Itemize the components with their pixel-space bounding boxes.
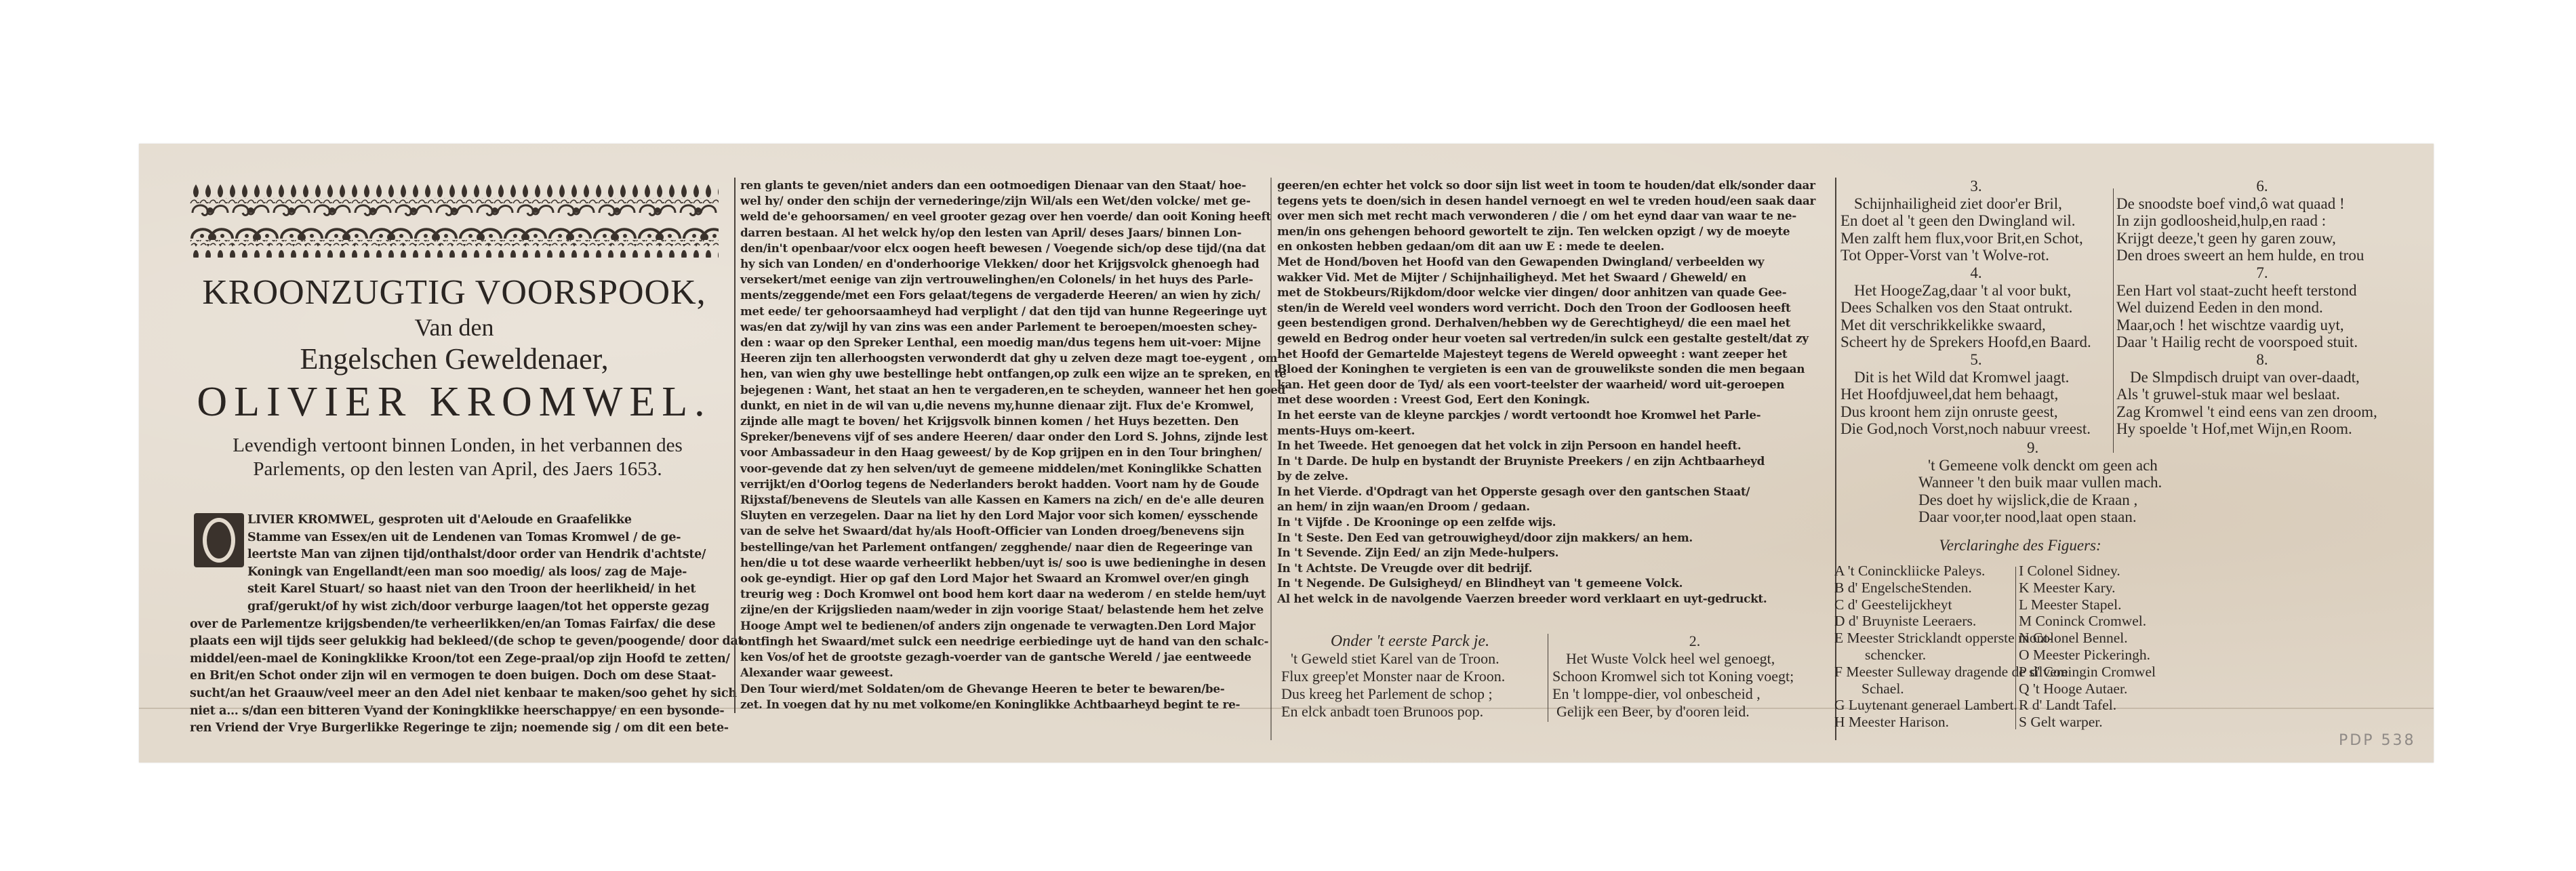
- verse-line: Met dit verschrikkelikke swaard,: [1840, 317, 2112, 334]
- column-1-body: LIVIER KROMWEL, gesproten uit d'Aeloude …: [190, 512, 732, 737]
- text-line: In 't Darde. De hulp en bystandt der Bru…: [1277, 453, 1833, 469]
- text-line: Koningk van Engellandt/een man soo moedi…: [190, 564, 732, 582]
- text-line: niet a... s/dan een bitteren Vyand der K…: [190, 703, 732, 721]
- legend-item: S Gelt warper.: [2019, 714, 2195, 731]
- text-line: darren bestaan. Al het welck hy/op den l…: [740, 225, 1269, 241]
- legend-item: N Colonel Bennel.: [2019, 630, 2195, 647]
- text-line: Sluyten en verzegelen. Daar na liet hy d…: [740, 508, 1269, 523]
- text-line: met eede/ ter gehoorsaamheyd had verplig…: [740, 304, 1269, 319]
- text-line: van de selve het Swaard/dat hy/als Hooft…: [740, 523, 1269, 539]
- text-line: zet. In voegen dat hy nu met volkome/en …: [740, 697, 1269, 712]
- text-line: Hooge Ampt wel te bedienen/of anders zij…: [740, 618, 1269, 634]
- text-line: Rijxstaf/benevens de Sleutels van alle K…: [740, 492, 1269, 508]
- text-line: Spreker/benevens vijf of ses andere Heer…: [740, 429, 1269, 445]
- text-line: wakker Vid. Met de Mijter / Schijnhailig…: [1277, 270, 1833, 285]
- legend-item: K Meester Kary.: [2019, 580, 2195, 596]
- verse-line: En elck anbadt toen Brunoos pop.: [1281, 703, 1539, 721]
- verse-line: Daar 't Hailig recht de voorspoed stuit.: [2116, 333, 2408, 351]
- verse-line: En doet al 't geen den Dwingland wil.: [1840, 212, 2112, 230]
- verse-number: 8.: [2116, 351, 2408, 369]
- text-line: versekert/met eenige van zijn vertrouwel…: [740, 272, 1269, 287]
- ornamental-border-icon: [190, 183, 719, 258]
- document-title: KROONZUGTIG VOORSPOOK,: [190, 272, 719, 313]
- text-line: ren Vriend der Vrye Burgerlikke Regering…: [190, 720, 732, 737]
- verse-line: Wel duizend Eeden in den mond.: [2116, 299, 2408, 317]
- legend-item: I Colonel Sidney.: [2019, 563, 2195, 580]
- verse-number: 2.: [1552, 632, 1837, 650]
- text-line: en onkosten hebben gedaan/om dit aan uw …: [1277, 239, 1833, 254]
- text-line: Al het welck in de navolgende Vaerzen br…: [1277, 591, 1833, 607]
- text-line: graf/gerukt/of hy wist zich/door verburg…: [190, 599, 732, 616]
- text-line: by de zelve.: [1277, 468, 1833, 484]
- verses-3-5: 3. Schijnhailigheid ziet door'er Bril, E…: [1840, 178, 2112, 438]
- text-line: bestellinge/van het Parlement ontfangen/…: [740, 540, 1269, 555]
- verse-line: Het HoogeZag,daar 't al voor bukt,: [1840, 282, 2112, 300]
- catalog-stamp: PDP 538: [2339, 732, 2415, 749]
- text-line: ments/zeggende/met een Fors gelaat/tegen…: [740, 287, 1269, 303]
- text-line: sucht/an het Graauw/veel meer an den Ade…: [190, 685, 732, 703]
- text-line: In 't Achtste. De Vreugde over dit bedri…: [1277, 561, 1833, 576]
- verse-line: De Slmpdisch druipt van over-daadt,: [2116, 369, 2408, 386]
- text-line: middel/een-mael de Koningklikke Kroon/to…: [190, 651, 732, 668]
- text-line: an hem/ in zijn waan/en Droom / gedaan.: [1277, 499, 1833, 514]
- verse-1: Onder 't eerste Parck je. 't Geweld stie…: [1281, 632, 1539, 721]
- text-line: zijne/en der Krijgslieden naam/weder in …: [740, 602, 1269, 617]
- verse-line: Krijgt deeze,'t geen hy garen zouw,: [2116, 230, 2408, 247]
- verse-number: 9.: [1918, 439, 2244, 457]
- verse-line: En 't lomppe-dier, vol onbescheid ,: [1552, 685, 1837, 703]
- text-line: LIVIER KROMWEL, gesproten uit d'Aeloude …: [190, 512, 732, 529]
- verse-line: Het Wuste Volck heel wel genoegt,: [1552, 650, 1837, 668]
- subtitle-line-1: Levendigh vertoont binnen Londen, in het…: [193, 434, 722, 458]
- verse-line: Als 't gruwel-stuk maar wel beslaat.: [2116, 386, 2408, 403]
- text-line: In 't Seste. Den Eed van getrouwigheyd/d…: [1277, 530, 1833, 546]
- title-van-den: Van den: [190, 314, 719, 341]
- verse-9: 9. 't Gemeene volk denckt om geen ach Wa…: [1918, 439, 2244, 526]
- text-line: was/en dat zy/wijl hy van zins was een a…: [740, 319, 1269, 335]
- text-line: kan. Het geen door de Tyd/ als een voort…: [1277, 377, 1833, 392]
- column-2-body: ren glants te geven/niet anders dan een …: [740, 178, 1269, 712]
- verse-line: Het Hoofdjuweel,dat hem behaagt,: [1840, 386, 2112, 403]
- text-line: dunkt, en niet in de wil van u,die neven…: [740, 398, 1269, 413]
- legend-item: M Coninck Cromwel.: [2019, 613, 2195, 630]
- text-line: bejegenen : Want, het staat an hen te ve…: [740, 382, 1269, 398]
- title-name: OLIVIER KROMWEL.: [190, 378, 719, 426]
- text-line: treurig weg : Doch Kromwel ont bood hem …: [740, 586, 1269, 602]
- text-line: Bloed der Koninghen te vergieten is een …: [1277, 361, 1833, 377]
- verse-line: Maar,och ! het wischtze vaardig uyt,: [2116, 317, 2408, 334]
- text-line: tegens yets te doen/sich in desen handel…: [1277, 193, 1833, 209]
- verse-line: Tot Opper-Vorst van 't Wolve-rot.: [1840, 247, 2112, 264]
- text-line: leertste Man van zijnen tijd/onthalst/do…: [190, 546, 732, 564]
- text-line: ontfingh het Swaard/met sulck een needri…: [740, 634, 1269, 649]
- subtitle-line-2: Parlements, op den lesten van April, des…: [193, 458, 722, 481]
- text-line: en Brit/en Schot onder zijn wil en vermo…: [190, 668, 732, 685]
- text-line: den/in't openbaar/voor elcx oogen heeft …: [740, 241, 1269, 256]
- text-line: met dese woorden : Vreest God, Eert den …: [1277, 392, 1833, 407]
- verse-number: 7.: [2116, 264, 2408, 282]
- verse-line: Men zalft hem flux,voor Brit,en Schot,: [1840, 230, 2112, 247]
- verse-number: 3.: [1840, 178, 2112, 195]
- text-line: steit Karel Stuart/ so haast niet van de…: [190, 581, 732, 599]
- verse-line: Dees Schalken vos den Staat ontrukt.: [1840, 299, 2112, 317]
- verse-line: Een Hart vol staat-zucht heeft terstond: [2116, 282, 2408, 300]
- verse-line: Dit is het Wild dat Kromwel jaagt.: [1840, 369, 2112, 386]
- text-line: ments-Huys om-keert.: [1277, 423, 1833, 439]
- legend-right: I Colonel Sidney. K Meester Kary. L Mees…: [2019, 563, 2195, 731]
- verse-2: 2. Het Wuste Volck heel wel genoegt, Sch…: [1552, 632, 1837, 721]
- text-line: In het Tweede. Het genoegen dat het volc…: [1277, 438, 1833, 453]
- verse-number: 4.: [1840, 264, 2112, 282]
- text-line: voor Ambassadeur in den Haag geweest/ by…: [740, 445, 1269, 460]
- legend-item: R d' Landt Tafel.: [2019, 697, 2195, 714]
- verse-rule: [1548, 634, 1548, 722]
- text-line: den : waar op den Spreker Lenthal, een m…: [740, 335, 1269, 350]
- title-engelschen: Engelschen Geweldenaer,: [190, 342, 719, 376]
- verse-line: Des doet hy wijslick,die de Kraan ,: [1918, 491, 2244, 509]
- text-line: men/in ons gehengen behoord gewortelt te…: [1277, 224, 1833, 239]
- verse-line: Gelijk een Beer, by d'ooren leid.: [1552, 703, 1837, 721]
- text-line: over men sich met recht mach verwonderen…: [1277, 208, 1833, 224]
- text-line: Met de Hond/boven het Hoofd van den Gewa…: [1277, 254, 1833, 270]
- text-line: hen, van wien ghy uwe bestellinge hebt o…: [740, 366, 1269, 382]
- text-line: In 't Vijfde . De Krooninge op een zelfd…: [1277, 514, 1833, 530]
- text-line: hy sich van Londen/ en d'onderhoorige Vl…: [740, 256, 1269, 272]
- legend-item: O Meester Pickeringh.: [2019, 647, 2195, 664]
- text-line: weld de'e gehoorsamen/ en veel grooter g…: [740, 209, 1269, 224]
- verse-number: 6.: [2116, 178, 2408, 195]
- verse-rule: [2113, 188, 2114, 453]
- text-line: geweld en Bedrog onder heur voeten sal v…: [1277, 331, 1833, 346]
- verses-6-8: 6. De snoodste boef vind,ô wat quaad ! I…: [2116, 178, 2408, 438]
- verse-line: Wanneer 't den buik maar vullen mach.: [1918, 474, 2244, 491]
- text-line: plaats een wijl tijds seer gelukkig had …: [190, 633, 732, 651]
- text-line: voor-gevende dat zy hen selven/uyt de ge…: [740, 461, 1269, 477]
- verse-line: Hy spoelde 't Hof,met Wijn,en Room.: [2116, 420, 2408, 438]
- verse-line: Dus kroont hem zijn onruste geest,: [1840, 403, 2112, 421]
- verse-line: Daar voor,ter nood,laat open staan.: [1918, 508, 2244, 526]
- legend-heading: Verclaringhe des Figuers:: [1840, 535, 2200, 556]
- text-line: ook ge-eyndigt. Hier op gaf den Lord Maj…: [740, 571, 1269, 586]
- verse-line: 't Geweld stiet Karel van de Troon.: [1281, 650, 1539, 668]
- verse-line: Schijnhailigheid ziet door'er Bril,: [1840, 195, 2112, 213]
- text-line: ren glants te geven/niet anders dan een …: [740, 178, 1269, 193]
- verse-line: Scheert hy de Sprekers Hoofd,en Baard.: [1840, 333, 2112, 351]
- verse-line: In zijn godloosheid,hulp,en raad :: [2116, 212, 2408, 230]
- verse-line: Den droes sweert an hem hulde, en trou: [2116, 247, 2408, 264]
- text-line: Stamme van Essex/en uit de Lendenen van …: [190, 529, 732, 547]
- verse-heading: Onder 't eerste Parck je.: [1281, 632, 1539, 650]
- text-line: geeren/en echter het volck so door sijn …: [1277, 178, 1833, 193]
- verse-line: De snoodste boef vind,ô wat quaad !: [2116, 195, 2408, 213]
- legend-item: Q 't Hooge Autaer.: [2019, 681, 2195, 697]
- verse-line: Die God,noch Vorst,noch nabuur vreest.: [1840, 420, 2112, 438]
- text-line: wel hy/ onder den schijn der vernedering…: [740, 193, 1269, 209]
- verse-number: 5.: [1840, 351, 2112, 369]
- text-line: over de Parlementze krijgsbenden/te verh…: [190, 616, 732, 634]
- column-3-body: geeren/en echter het volck so door sijn …: [1277, 178, 1833, 607]
- legend-item: L Meester Stapel.: [2019, 596, 2195, 613]
- verse-line: Schoon Kromwel sich tot Koning voegt;: [1552, 668, 1837, 685]
- text-line: verrijkt/en d'Oorlog tegens de Nederland…: [740, 477, 1269, 492]
- text-line: Alexander waar geweest.: [740, 665, 1269, 681]
- text-line: ken Vos/of het de grootste gezagh-voerde…: [740, 649, 1269, 665]
- legend-item: P d' Coningin Cromwel: [2019, 664, 2195, 681]
- title-subtitle: Levendigh vertoont binnen Londen, in het…: [193, 434, 722, 481]
- text-line: geen bestendigen grond. Derhalven/hebben…: [1277, 315, 1833, 331]
- verse-line: Flux greep'et Monster naar de Kroon.: [1281, 668, 1539, 685]
- verse-line: 't Gemeene volk denckt om geen ach: [1918, 457, 2244, 474]
- text-line: sten/in de Wereld veel wonders word verr…: [1277, 300, 1833, 316]
- text-line: zijnde alle magt te boven/ het Krijgsvol…: [740, 413, 1269, 429]
- text-line: In 't Negende. De Gulsigheyd/ en Blindhe…: [1277, 575, 1833, 591]
- text-line: In het Vierde. d'Opdragt van het Opperst…: [1277, 484, 1833, 500]
- verse-line: Dus kreeg het Parlement de schop ;: [1281, 685, 1539, 703]
- text-line: In het eerste van de kleyne parckjes / w…: [1277, 407, 1833, 423]
- text-line: het Hoofd der Gemartelde Majesteyt tegen…: [1277, 346, 1833, 362]
- verse-line: Zag Kromwel 't eind eens van zen droom,: [2116, 403, 2408, 421]
- text-line: In 't Sevende. Zijn Eed/ an zijn Mede-hu…: [1277, 545, 1833, 561]
- legend-rule: [2015, 567, 2016, 729]
- column-rule: [734, 178, 736, 713]
- text-line: Heeren zijn ten allerhoogsten verwonderd…: [740, 350, 1269, 366]
- column-rule: [1270, 178, 1272, 740]
- text-line: Den Tour wierd/met Soldaten/om de Ghevan…: [740, 681, 1269, 697]
- text-line: met de Stokbeurs/Rijkdom/door welcke vie…: [1277, 285, 1833, 300]
- text-line: hen/die u tot dese waarde verheerlikt he…: [740, 555, 1269, 571]
